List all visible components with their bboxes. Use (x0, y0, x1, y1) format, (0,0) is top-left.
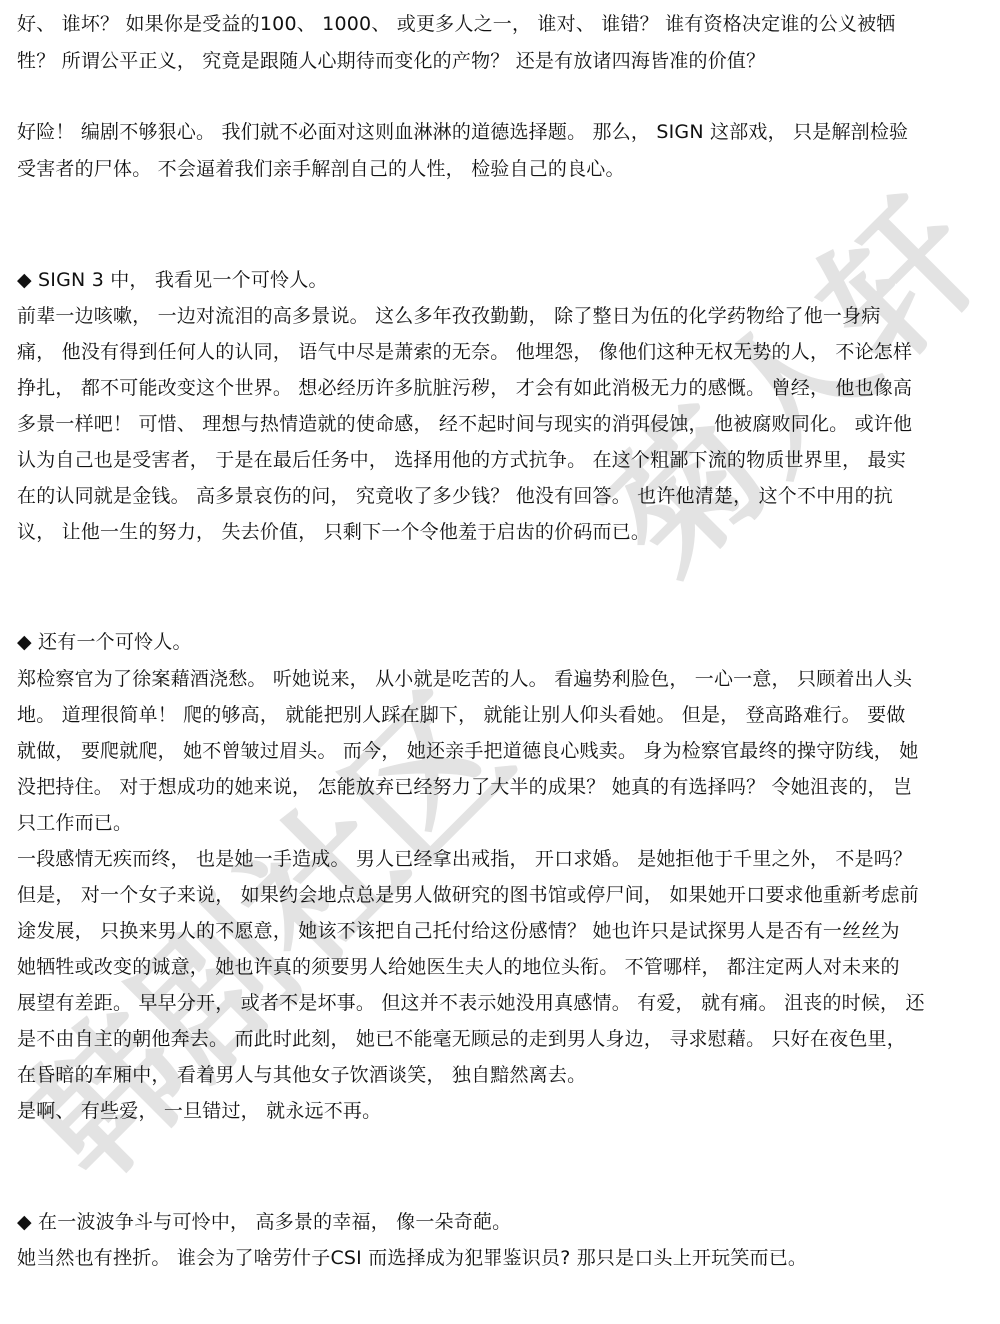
text-line: 是啊、 有些爱， 一旦错过， 就永远不再。 (17, 1099, 381, 1123)
text-line: 地。 道理很简单！ 爬的够高， 就能把别人踩在脚下， 就能让别人仰头看她。 但是… (17, 703, 905, 727)
text-line: 一段感情无疾而终， 也是她一手造成。 男人已经拿出戒指， 开口求婚。 是她拒他于… (17, 847, 912, 871)
section-heading: ◆ SIGN 3 中， 我看见一个可怜人。 (17, 268, 328, 292)
text-line: 没把持住。 对于想成功的她来说， 怎能放弃已经努力了大半的成果？ 她真的有选择吗… (17, 775, 912, 799)
text-line: 多景一样吧！ 可惜、 理想与热情造就的使命感， 经不起时间与现实的消弭侵蚀， 他… (17, 412, 912, 436)
text-line: 在的认同就是金钱。 高多景哀伤的问， 究竟收了多少钱？ 他没有回答。 也许他清楚… (17, 484, 893, 508)
text-line: 在昏暗的车厢中， 看着男人与其他女子饮酒谈笑， 独自黯然离去。 (17, 1063, 586, 1087)
text-line: 展望有差距。 早早分开， 或者不是坏事。 但这并不表示她没用真感情。 有爱， 就… (17, 991, 925, 1015)
text-line: 郑检察官为了徐案藉酒浇愁。 听她说来， 从小就是吃苦的人。 看遍势利脸色， 一心… (17, 667, 912, 691)
document-page: 菊人轩 韩剧社区 好、 谁坏？ 如果你是受益的100、 1000、 或更多人之一… (0, 0, 1000, 1324)
text-line: 挣扎， 都不可能改变这个世界。 想必经历许多肮脏污秽， 才会有如此消极无力的感慨… (17, 376, 912, 400)
text-line: 就做， 要爬就爬， 她不曾皱过眉头。 而今， 她还亲手把道德良心贱卖。 身为检察… (17, 739, 918, 763)
text-line: 痛， 他没有得到任何人的认同， 语气中尽是萧索的无奈。 他埋怨， 像他们这种无权… (17, 340, 912, 364)
text-line: 受害者的尸体。 不会逼着我们亲手解剖自己的人性， 检验自己的良心。 (17, 157, 625, 181)
text-line: 好、 谁坏？ 如果你是受益的100、 1000、 或更多人之一， 谁对、 谁错？… (17, 12, 896, 36)
text-line: 前辈一边咳嗽， 一边对流泪的高多景说。 这么多年孜孜勤勤， 除了整日为伍的化学药… (17, 304, 881, 328)
text-line: 但是， 对一个女子来说， 如果约会地点总是男人做研究的图书馆或停尸间， 如果她开… (17, 883, 919, 907)
text-line: 只工作而已。 (17, 811, 132, 835)
section-heading: ◆ 在一波波争斗与可怜中， 高多景的幸福， 像一朵奇葩。 (17, 1210, 511, 1234)
text-line: 她牺牲或改变的诚意， 她也许真的须要男人给她医生夫人的地位头衔。 不管哪样， 都… (17, 955, 900, 979)
text-line: 是不由自主的朝他奔去。 而此时此刻， 她已不能毫无顾忌的走到男人身边， 寻求慰藉… (17, 1027, 906, 1051)
text-line: 议， 让他一生的努力， 失去价值， 只剩下一个令他羞于启齿的价码而已。 (17, 520, 650, 544)
text-line: 好险！ 编剧不够狠心。 我们就不必面对这则血淋淋的道德选择题。 那么， SIGN… (17, 120, 908, 144)
text-line: 途发展， 只换来男人的不愿意， 她该不该把自己托付给这份感情？ 她也许只是试探男… (17, 919, 900, 943)
text-line: 认为自己也是受害者， 于是在最后任务中， 选择用他的方式抗争。 在这个粗鄙下流的… (17, 448, 906, 472)
text-line: 她当然也有挫折。 谁会为了啥劳什子CSI 而选择成为犯罪鉴识员? 那只是口头上开… (17, 1246, 807, 1270)
text-line: 牲？ 所谓公平正义， 究竟是跟随人心期待而变化的产物？ 还是有放诸四海皆准的价值… (17, 49, 765, 73)
section-heading: ◆ 还有一个可怜人。 (17, 630, 192, 654)
